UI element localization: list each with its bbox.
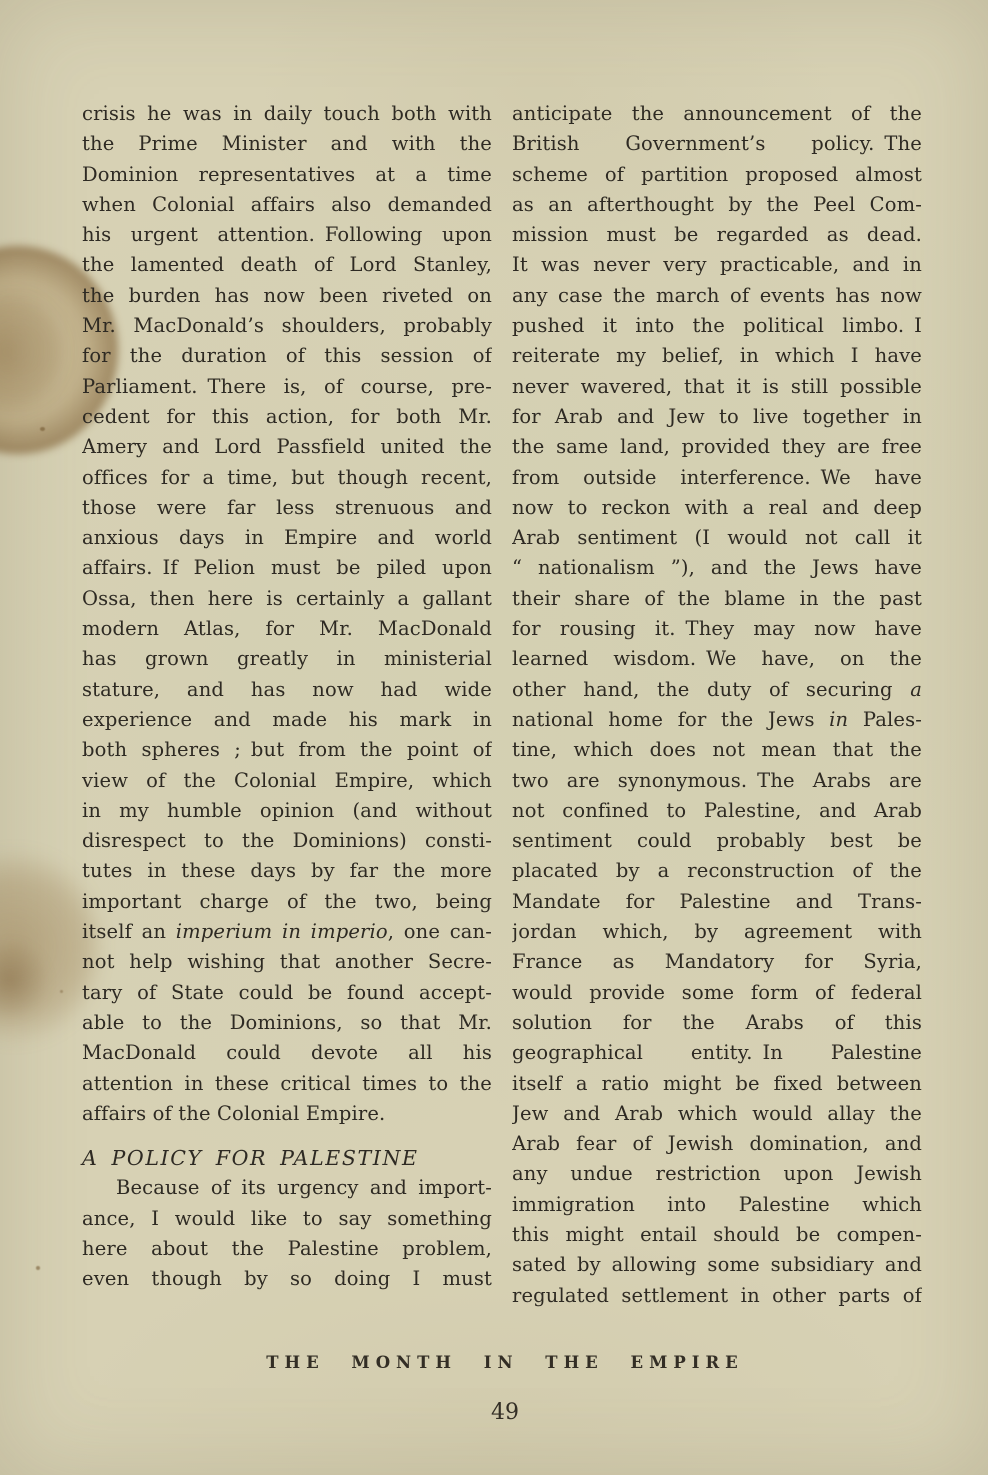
section-heading: A POLICY FOR PALESTINE [82,1143,492,1173]
text-line: the lamented death of Lord Stanley, [82,250,492,280]
text-line: affairs of the Colonial Empire. [82,1099,492,1129]
text-line: Arab sentiment (I would not call it [512,523,922,553]
text-line: their share of the blame in the past [512,584,922,614]
coffee-stain-top-dark [0,292,62,412]
paragraph: crisis he was in daily touch both withth… [82,99,492,1129]
text-line: regulated settlement in other parts of [512,1281,922,1311]
text-line: jordan which, by agreement with [512,917,922,947]
text-line: anxious days in Empire and world [82,523,492,553]
paragraph: anticipate the announcement of theBritis… [512,99,922,1311]
text-line: Parliament. There is, of course, pre- [82,372,492,402]
text-line: placated by a reconstruction of the [512,856,922,886]
text-line: here about the Palestine problem, [82,1234,492,1264]
text-line: solution for the Arabs of this [512,1008,922,1038]
text-line: other hand, the duty of securing a [512,675,922,705]
text-line: itself an imperium in imperio, one can- [82,917,492,947]
text-line: Mandate for Palestine and Trans- [512,887,922,917]
text-line: modern Atlas, for Mr. MacDonald [82,614,492,644]
text-line: when Colonial affairs also demanded [82,190,492,220]
text-line: scheme of partition proposed almost [512,160,922,190]
text-line: Mr. MacDonald’s shoulders, probably [82,311,492,341]
text-line: view of the Colonial Empire, which [82,766,492,796]
text-line: not help wishing that another Secre- [82,947,492,977]
text-line: able to the Dominions, so that Mr. [82,1008,492,1038]
text-line: the Prime Minister and with the [82,129,492,159]
paragraph: Because of its urgency and import-ance, … [82,1173,492,1294]
text-line: British Government’s policy. The [512,129,922,159]
text-line: experience and made his mark in [82,705,492,735]
text-line: Arab fear of Jewish domination, and [512,1129,922,1159]
text-line: crisis he was in daily touch both with [82,99,492,129]
text-line: geographical entity. In Palestine [512,1038,922,1068]
text-line: tary of State could be found accept- [82,978,492,1008]
coffee-stain-bottom-dark [0,940,50,1020]
text-line: the same land, provided they are free [512,432,922,462]
text-line: cedent for this action, for both Mr. [82,402,492,432]
text-line: not confined to Palestine, and Arab [512,796,922,826]
text-line: this might entail should be compen- [512,1220,922,1250]
text-line: even though by so doing I must [82,1264,492,1294]
text-line: learned wisdom. We have, on the [512,644,922,674]
text-line: now to reckon with a real and deep [512,493,922,523]
text-line: for rousing it. They may now have [512,614,922,644]
text-line: national home for the Jews in Pales- [512,705,922,735]
text-line: It was never very practicable, and in [512,250,922,280]
text-line: his urgent attention. Following upon [82,220,492,250]
text-line: mission must be regarded as dead. [512,220,922,250]
ink-speck [60,990,63,993]
text-line: from outside interference. We have [512,463,922,493]
text-line: would provide some form of federal [512,978,922,1008]
text-line: France as Mandatory for Syria, [512,947,922,977]
ink-speck [36,1266,40,1270]
text-line: as an afterthought by the Peel Com- [512,190,922,220]
text-line: itself a ratio might be fixed between [512,1069,922,1099]
text-line: MacDonald could devote all his [82,1038,492,1068]
page-number: 49 [0,1400,988,1425]
text-line: affairs. If Pelion must be piled upon [82,553,492,583]
text-line: reiterate my belief, in which I have [512,341,922,371]
text-line: disrespect to the Dominions) consti- [82,826,492,856]
text-line: Dominion representatives at a time [82,160,492,190]
text-line: the burden has now been riveted on [82,281,492,311]
text-line: Because of its urgency and import- [82,1173,492,1203]
text-line: never wavered, that it is still possible [512,372,922,402]
ink-speck [40,427,45,431]
left-text-column: crisis he was in daily touch both withth… [82,99,492,1295]
text-line: pushed it into the political limbo. I [512,311,922,341]
text-line: offices for a time, but though recent, [82,463,492,493]
text-line: any undue restriction upon Jewish [512,1159,922,1189]
running-footer: THE MONTH IN THE EMPIRE [0,1353,988,1372]
text-line: has grown greatly in ministerial [82,644,492,674]
text-line: any case the march of events has now [512,281,922,311]
text-line: ance, I would like to say something [82,1204,492,1234]
text-line: both spheres ; but from the point of [82,735,492,765]
text-line: in my humble opinion (and without [82,796,492,826]
text-line: two are synonymous. The Arabs are [512,766,922,796]
text-line: “ nationalism ”), and the Jews have [512,553,922,583]
text-line: tutes in these days by far the more [82,856,492,886]
text-line: Ossa, then here is certainly a gallant [82,584,492,614]
text-line: attention in these critical times to the [82,1069,492,1099]
scanned-page: crisis he was in daily touch both withth… [0,0,988,1475]
text-line: Amery and Lord Passfield united the [82,432,492,462]
text-line: those were far less strenuous and [82,493,492,523]
text-line: Jew and Arab which would allay the [512,1099,922,1129]
text-line: sated by allowing some subsidiary and [512,1250,922,1280]
text-line: immigration into Palestine which [512,1190,922,1220]
text-line: tine, which does not mean that the [512,735,922,765]
text-line: for Arab and Jew to live together in [512,402,922,432]
text-line: important charge of the two, being [82,887,492,917]
right-text-column: anticipate the announcement of theBritis… [512,99,922,1311]
text-line: sentiment could probably best be [512,826,922,856]
text-line: stature, and has now had wide [82,675,492,705]
text-line: for the duration of this session of [82,341,492,371]
text-line: anticipate the announcement of the [512,99,922,129]
